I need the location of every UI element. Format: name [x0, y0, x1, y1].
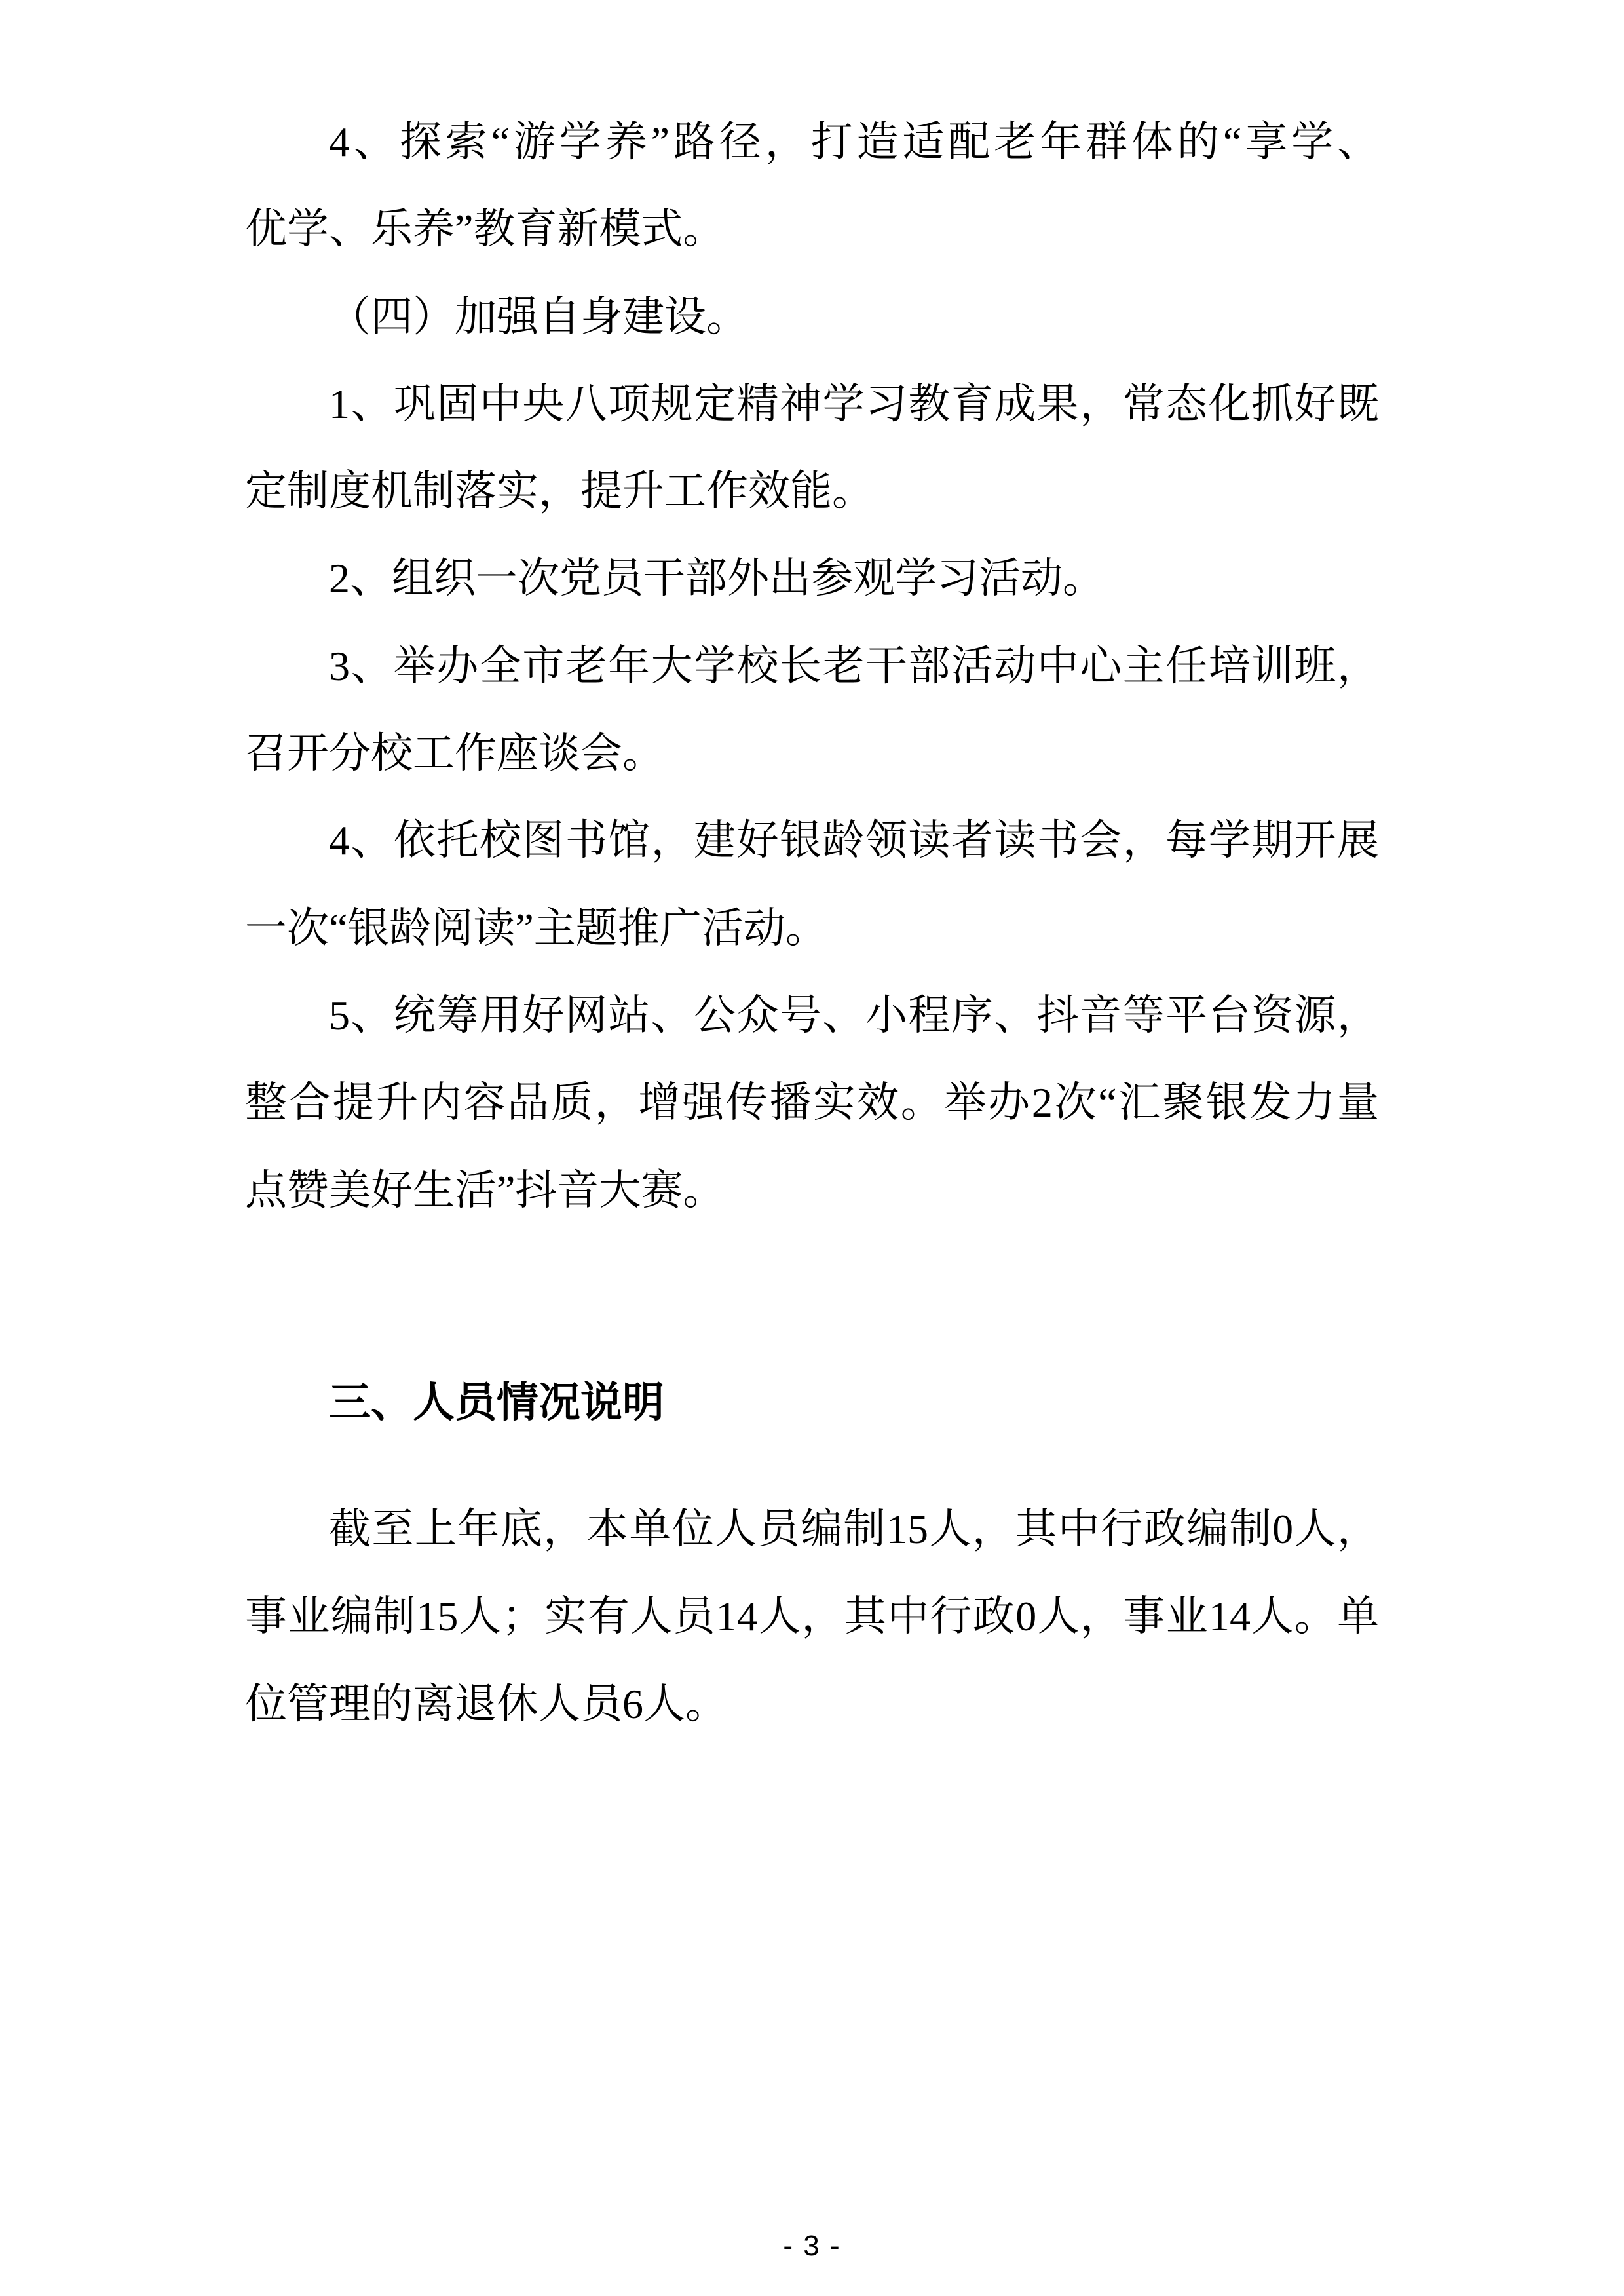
section-heading: 三、人员情况说明: [245, 1359, 1379, 1446]
body-line: 1、巩固中央八项规定精神学习教育成果，常态化抓好既: [245, 360, 1379, 448]
body-line: 召开分校工作座谈会。: [245, 710, 1379, 797]
page-number: - 3 -: [783, 2230, 840, 2262]
document-page: 4、探索“游学养”路径，打造适配老年群体的“享学、优学、乐养”教育新模式。（四）…: [0, 0, 1624, 2296]
body-line: （四）加强自身建设。: [245, 273, 1379, 360]
body-line: 优学、乐养”教育新模式。: [245, 185, 1379, 273]
page-footer: - 3 -: [0, 2227, 1624, 2266]
body-line: 4、探索“游学养”路径，打造适配老年群体的“享学、: [245, 98, 1379, 185]
body-line: 点赞美好生活”抖音大赛。: [245, 1147, 1379, 1234]
body-line: 整合提升内容品质，增强传播实效。举办2次“汇聚银发力量: [245, 1059, 1379, 1146]
body-line: 定制度机制落实，提升工作效能。: [245, 448, 1379, 535]
body-line: 位管理的离退休人员6人。: [245, 1660, 1379, 1748]
body-line: 3、举办全市老年大学校长老干部活动中心主任培训班，: [245, 622, 1379, 710]
body-line: 2、组织一次党员干部外出参观学习活动。: [245, 535, 1379, 622]
body-line: 4、依托校图书馆，建好银龄领读者读书会，每学期开展: [245, 797, 1379, 884]
body-line: 一次“银龄阅读”主题推广活动。: [245, 885, 1379, 972]
body-line: 5、统筹用好网站、公众号、小程序、抖音等平台资源，: [245, 972, 1379, 1059]
body-line: 截至上年底，本单位人员编制15人，其中行政编制0人，: [245, 1485, 1379, 1573]
document-body: 4、探索“游学养”路径，打造适配老年群体的“享学、优学、乐养”教育新模式。（四）…: [245, 98, 1379, 1748]
body-line: 事业编制15人；实有人员14人，其中行政0人，事业14人。单: [245, 1573, 1379, 1660]
